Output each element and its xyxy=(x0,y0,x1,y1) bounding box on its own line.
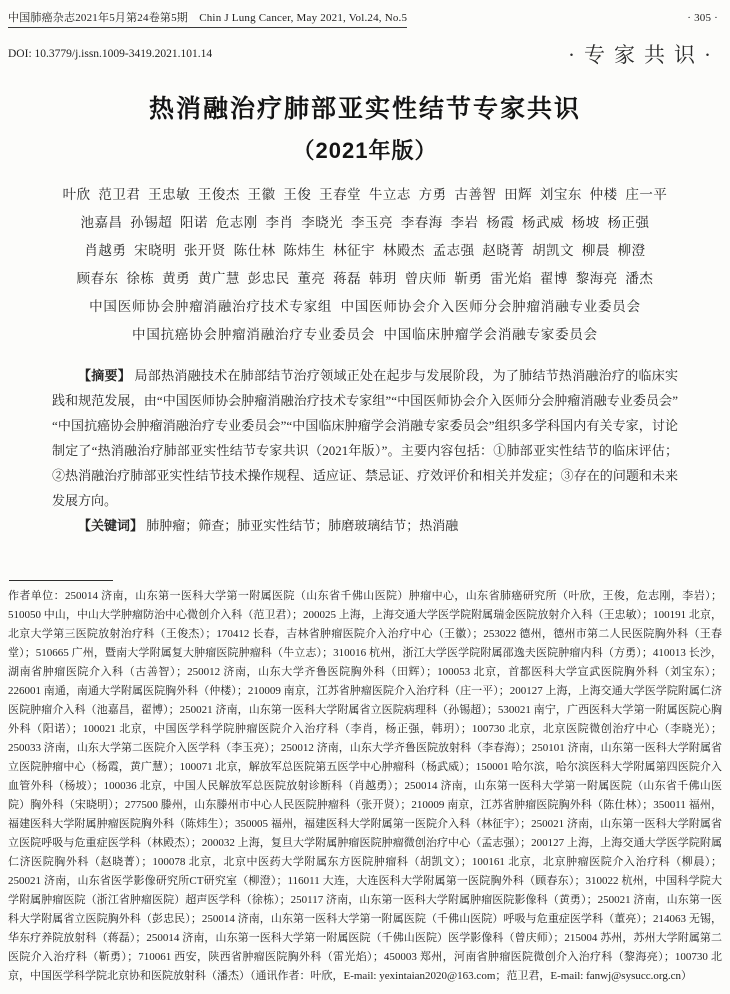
abstract-block: 【摘要】 局部热消融技术在肺部结节治疗领域正处在起步与发展阶段，为了肺结节热消融… xyxy=(52,363,678,538)
consensus-group-line: 中国抗癌协会肿瘤消融治疗专业委员会 中国临床肿瘤学会消融专家委员会 xyxy=(8,321,722,349)
abstract-paragraph: 【摘要】 局部热消融技术在肺部结节治疗领域正处在起步与发展阶段，为了肺结节热消融… xyxy=(52,363,678,513)
abstract-label: 【摘要】 xyxy=(78,368,131,383)
paper-title: 热消融治疗肺部亚实性结节专家共识 xyxy=(8,89,722,125)
page-header: 中国肺癌杂志2021年5月第24卷第5期 Chin J Lung Cancer,… xyxy=(8,9,722,28)
consensus-group-line: 中国医师协会肿瘤消融治疗技术专家组 中国医师协会介入医师分会肿瘤消融专业委员会 xyxy=(8,293,722,321)
doi-line: DOI: 10.3779/j.issn.1009-3419.2021.101.1… xyxy=(8,48,212,60)
keywords-paragraph: 【关键词】 肺肿瘤；筛查；肺亚实性结节；肺磨玻璃结节；热消融 xyxy=(52,513,678,538)
keywords-text: 肺肿瘤；筛查；肺亚实性结节；肺磨玻璃结节；热消融 xyxy=(143,518,458,533)
author-affiliations-footnote: 作者单位：250014 济南，山东第一医科大学第一附属医院（山东省千佛山医院）肿… xyxy=(8,587,722,986)
author-row: 顾春东 徐栋 黄勇 黄广慧 彭忠民 董亮 蒋磊 韩玥 曾庆师 靳勇 雷光焰 翟博… xyxy=(8,265,722,293)
author-row: 叶欣 范卫君 王忠敏 王俊杰 王徽 王俊 王春堂 牛立志 方勇 古善智 田辉 刘… xyxy=(8,181,722,209)
journal-page: 中国肺癌杂志2021年5月第24卷第5期 Chin J Lung Cancer,… xyxy=(0,0,730,994)
paper-subtitle: （2021年版） xyxy=(8,134,722,165)
header-second-row: DOI: 10.3779/j.issn.1009-3419.2021.101.1… xyxy=(8,39,722,69)
footnote-divider xyxy=(9,580,113,581)
abstract-text: 局部热消融技术在肺部结节治疗领域正处在起步与发展阶段，为了肺结节热消融治疗的临床… xyxy=(52,368,678,508)
author-row: 池嘉昌 孙锡超 阳诺 危志刚 李肖 李晓光 李玉亮 李春海 李岩 杨霞 杨武威 … xyxy=(8,209,722,237)
author-row: 肖越勇 宋晓明 张开贤 陈仕林 陈炜生 林征宇 林殿杰 孟志强 赵晓菁 胡凯文 … xyxy=(8,237,722,265)
section-label: ·专家共识· xyxy=(568,39,722,69)
whitespace-gap xyxy=(8,538,722,580)
author-block: 叶欣 范卫君 王忠敏 王俊杰 王徽 王俊 王春堂 牛立志 方勇 古善智 田辉 刘… xyxy=(8,181,722,349)
journal-issue-line: 中国肺癌杂志2021年5月第24卷第5期 Chin J Lung Cancer,… xyxy=(8,9,407,28)
keywords-label: 【关键词】 xyxy=(78,518,143,533)
page-number: · 305 · xyxy=(687,12,722,24)
